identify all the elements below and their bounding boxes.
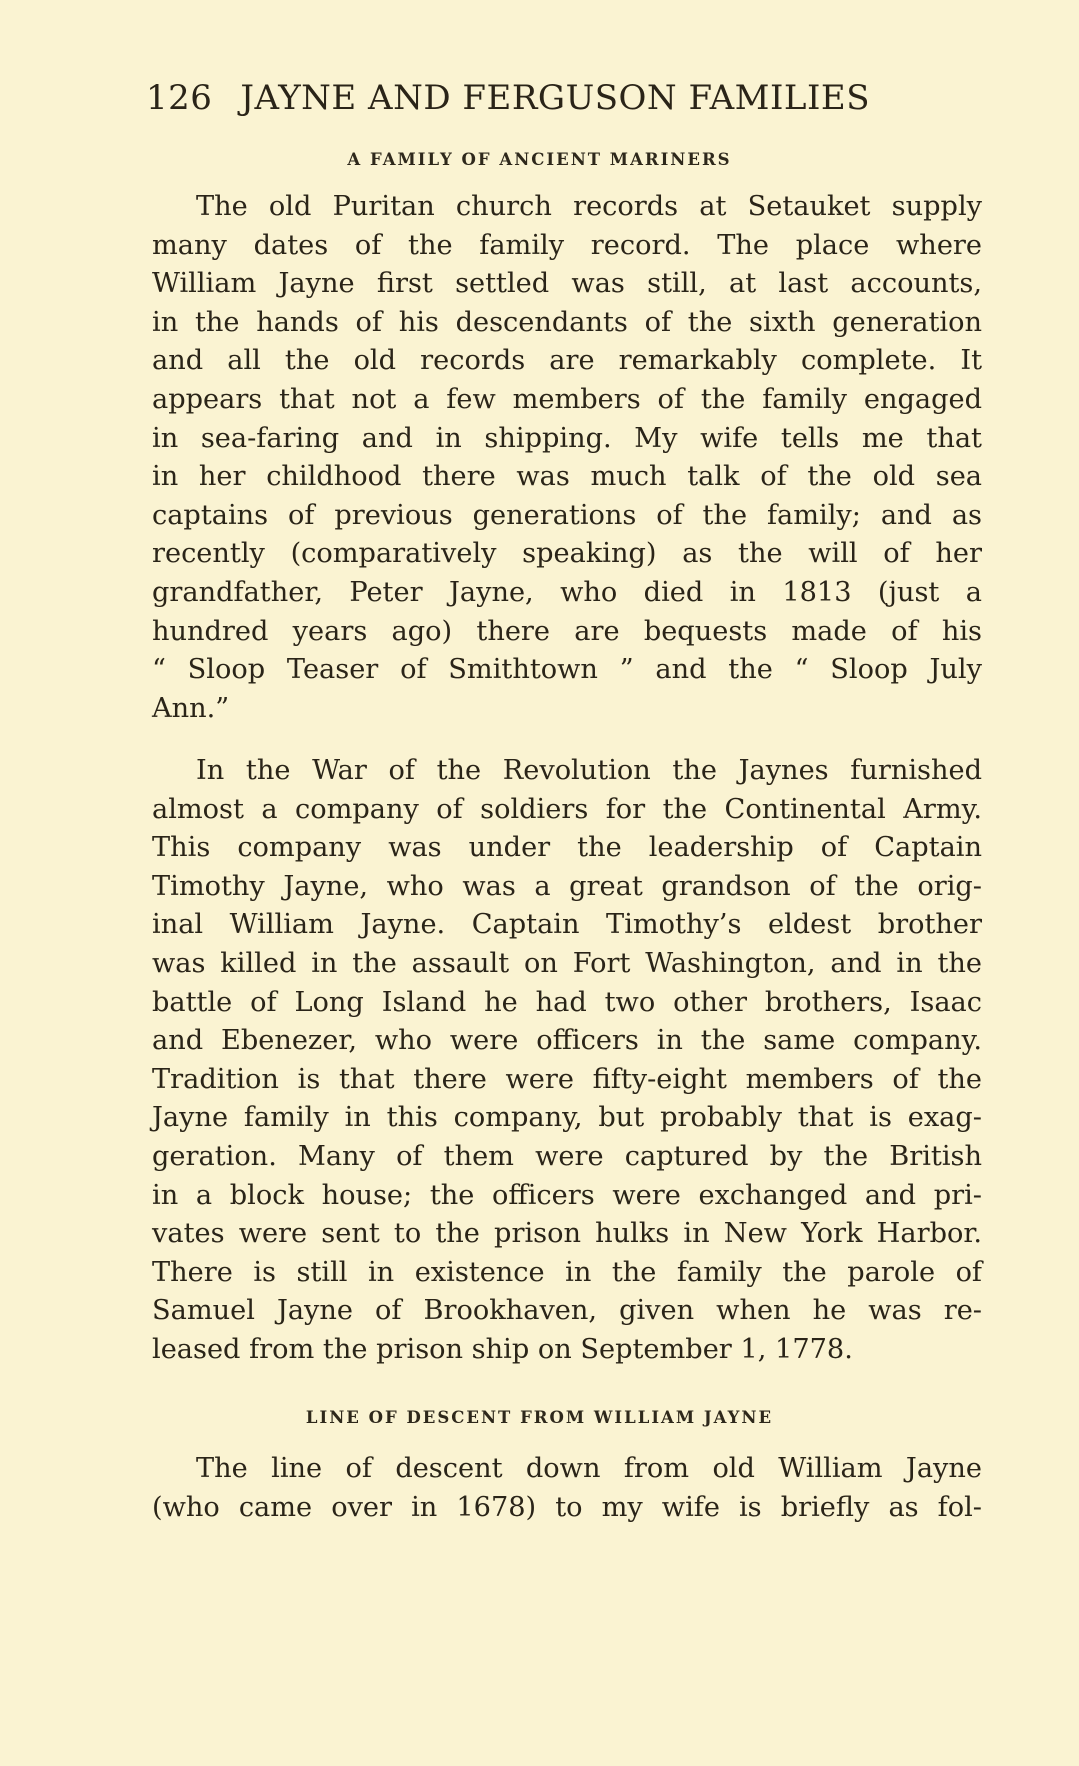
- text-line: in her childhood there was much talk of …: [152, 458, 982, 497]
- text-line: leased from the prison ship on September…: [152, 1331, 982, 1370]
- text-line: many dates of the family record. The pla…: [152, 227, 982, 266]
- text-line: This company was under the leadership of…: [152, 829, 982, 868]
- text-line: Timothy Jayne, who was a great grandson …: [152, 868, 982, 907]
- text-line: Jayne family in this company, but probab…: [152, 1099, 982, 1138]
- text-line: (who came over in 1678) to my wife is br…: [152, 1489, 982, 1528]
- text-line: in a block house; the officers were exch…: [152, 1177, 982, 1216]
- text-line: grandfather, Peter Jayne, who died in 18…: [152, 574, 982, 613]
- text-line: geration. Many of them were captured by …: [152, 1138, 982, 1177]
- book-page: 126JAYNE AND FERGUSON FAMILIES A FAMILY …: [0, 0, 1079, 1766]
- running-header: 126JAYNE AND FERGUSON FAMILIES: [146, 78, 870, 118]
- section-heading-line-of-descent: LINE OF DESCENT FROM WILLIAM JAYNE: [0, 1408, 1079, 1427]
- text-line: There is still in existence in the famil…: [152, 1254, 982, 1293]
- text-line: inal William Jayne. Captain Timothy’s el…: [152, 906, 982, 945]
- text-line: appears that not a few members of the fa…: [152, 381, 982, 420]
- text-line: Samuel Jayne of Brookhaven, given when h…: [152, 1292, 982, 1331]
- text-line: vates were sent to the prison hulks in N…: [152, 1215, 982, 1254]
- text-line: in the hands of his descendants of the s…: [152, 304, 982, 343]
- text-line: “ Sloop Teaser of Smithtown ” and the “ …: [152, 651, 982, 690]
- text-line: almost a company of soldiers for the Con…: [152, 791, 982, 830]
- paragraph-revolution: In the War of the Revolution the Jaynes …: [152, 752, 982, 1370]
- text-line: Ann.”: [152, 690, 982, 729]
- text-line: captains of previous generations of the …: [152, 497, 982, 536]
- running-title: JAYNE AND FERGUSON FAMILIES: [240, 78, 870, 118]
- text-line: recently (comparatively speaking) as the…: [152, 535, 982, 574]
- text-line: and Ebenezer, who were officers in the s…: [152, 1022, 982, 1061]
- text-line: The old Puritan church records at Setauk…: [152, 188, 982, 227]
- text-line: In the War of the Revolution the Jaynes …: [152, 752, 982, 791]
- text-line: and all the old records are remarkably c…: [152, 342, 982, 381]
- text-line: was killed in the assault on Fort Washin…: [152, 945, 982, 984]
- text-line: in sea-faring and in shipping. My wife t…: [152, 420, 982, 459]
- page-number: 126: [146, 78, 212, 118]
- paragraph-puritan-records: The old Puritan church records at Setauk…: [152, 188, 982, 728]
- text-line: The line of descent down from old Willia…: [152, 1450, 982, 1489]
- section-heading-ancient-mariners: A FAMILY OF ANCIENT MARINERS: [0, 150, 1079, 169]
- text-line: William Jayne first settled was still, a…: [152, 265, 982, 304]
- text-line: battle of Long Island he had two other b…: [152, 984, 982, 1023]
- text-line: Tradition is that there were fifty-eight…: [152, 1061, 982, 1100]
- text-line: hundred years ago) there are bequests ma…: [152, 613, 982, 652]
- paragraph-line-of-descent: The line of descent down from old Willia…: [152, 1450, 982, 1527]
